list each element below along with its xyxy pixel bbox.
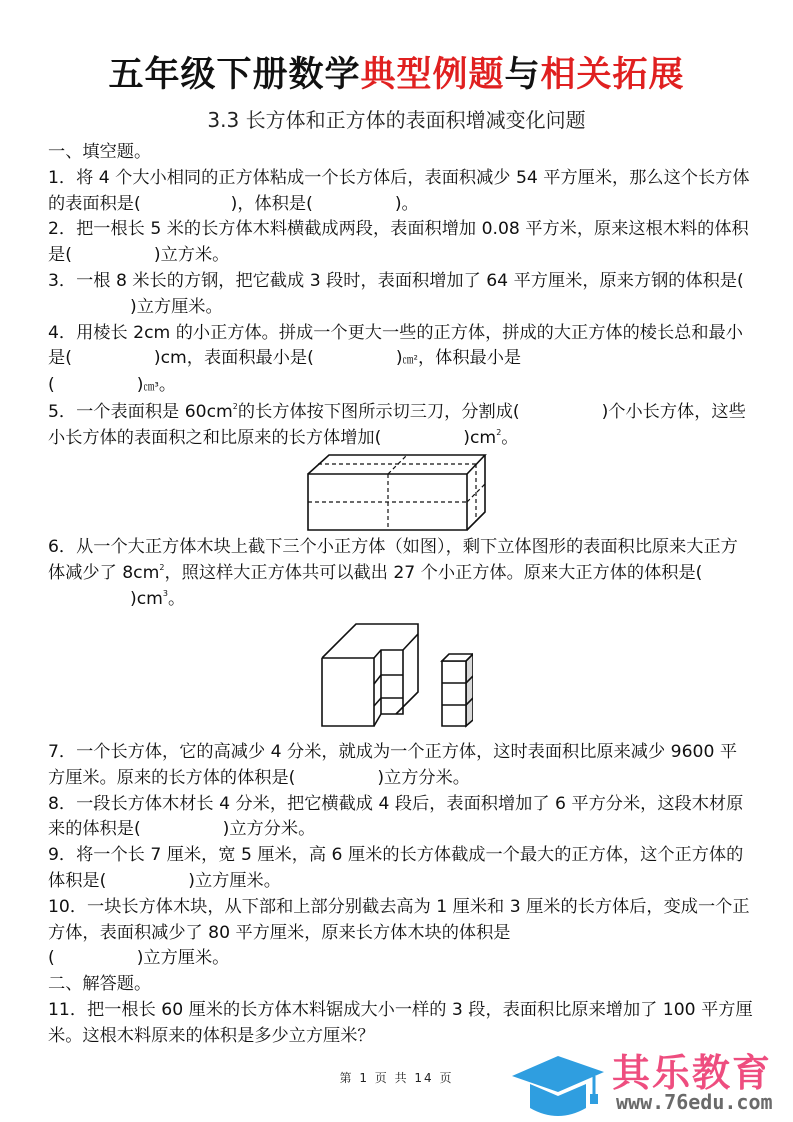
question-body-2: 6．从一个大正方体木块上截下三个小正方体（如图），剩下立体图形的表面积比原来大正… xyxy=(48,535,753,612)
title-part: 与 xyxy=(505,55,541,95)
question-4: 4．用棱长 2cm 的小正方体。拼成一个更大一些的正方体，拼成的大正方体的棱长总… xyxy=(48,321,753,400)
section-heading-solve: 二、解答题。 xyxy=(48,972,753,998)
question-8: 8．一段长方体木材长 4 分米，把它横截成 4 段后，表面积增加了 6 平方分米… xyxy=(48,792,753,844)
document-subtitle: 3.3 长方体和正方体的表面积增减变化问题 xyxy=(0,106,793,134)
brand-url: www.76edu.com xyxy=(616,1090,773,1114)
title-highlight: 相关拓展 xyxy=(541,55,685,95)
question-10: 10．一块长方体木块，从下部和上部分别截去高为 1 厘米和 3 厘米的长方体后，… xyxy=(48,895,753,972)
question-6: 6．从一个大正方体木块上截下三个小正方体（如图），剩下立体图形的表面积比原来大正… xyxy=(48,535,753,612)
section-heading-fill-in: 一、填空题。 xyxy=(48,140,753,166)
question-2: 2．把一根长 5 米的长方体木料横截成两段，表面积增加 0.08 平方米，原来这… xyxy=(48,217,753,269)
title-highlight: 典型例题 xyxy=(360,55,504,95)
graduation-cap-icon xyxy=(508,1050,608,1122)
brand-name: 其乐教育 xyxy=(612,1042,772,1097)
question-3: 3．一根 8 米长的方钢，把它截成 3 段时，表面积增加了 64 平方厘米，原来… xyxy=(48,269,753,321)
question-5: 5．一个表面积是 60cm2的长方体按下图所示切三刀，分割成()个小长方体，这些… xyxy=(48,400,753,452)
question-1: 1．将 4 个大小相同的正方体粘成一个长方体后，表面积减少 54 平方厘米，那么… xyxy=(48,166,753,218)
cuboid-cut-figure xyxy=(305,452,490,532)
title-part: 五年级下册数学 xyxy=(108,55,360,95)
question-7: 7．一个长方体，它的高减少 4 分米，就成为一个正方体，这时表面积比原来减少 9… xyxy=(48,740,753,792)
watermark-logo: 其乐教育 www.76edu.com xyxy=(508,1040,793,1122)
question-body: 一、填空题。 1．将 4 个大小相同的正方体粘成一个长方体后，表面积减少 54 … xyxy=(48,140,753,452)
question-9: 9．将一个长 7 厘米，宽 5 厘米，高 6 厘米的长方体截成一个最大的正方体，… xyxy=(48,843,753,895)
cube-with-removed-cubes-figure xyxy=(318,620,473,728)
document-title: 五年级下册数学典型例题与相关拓展 xyxy=(0,52,793,98)
question-body-3: 7．一个长方体，它的高减少 4 分米，就成为一个正方体，这时表面积比原来减少 9… xyxy=(48,740,753,1050)
